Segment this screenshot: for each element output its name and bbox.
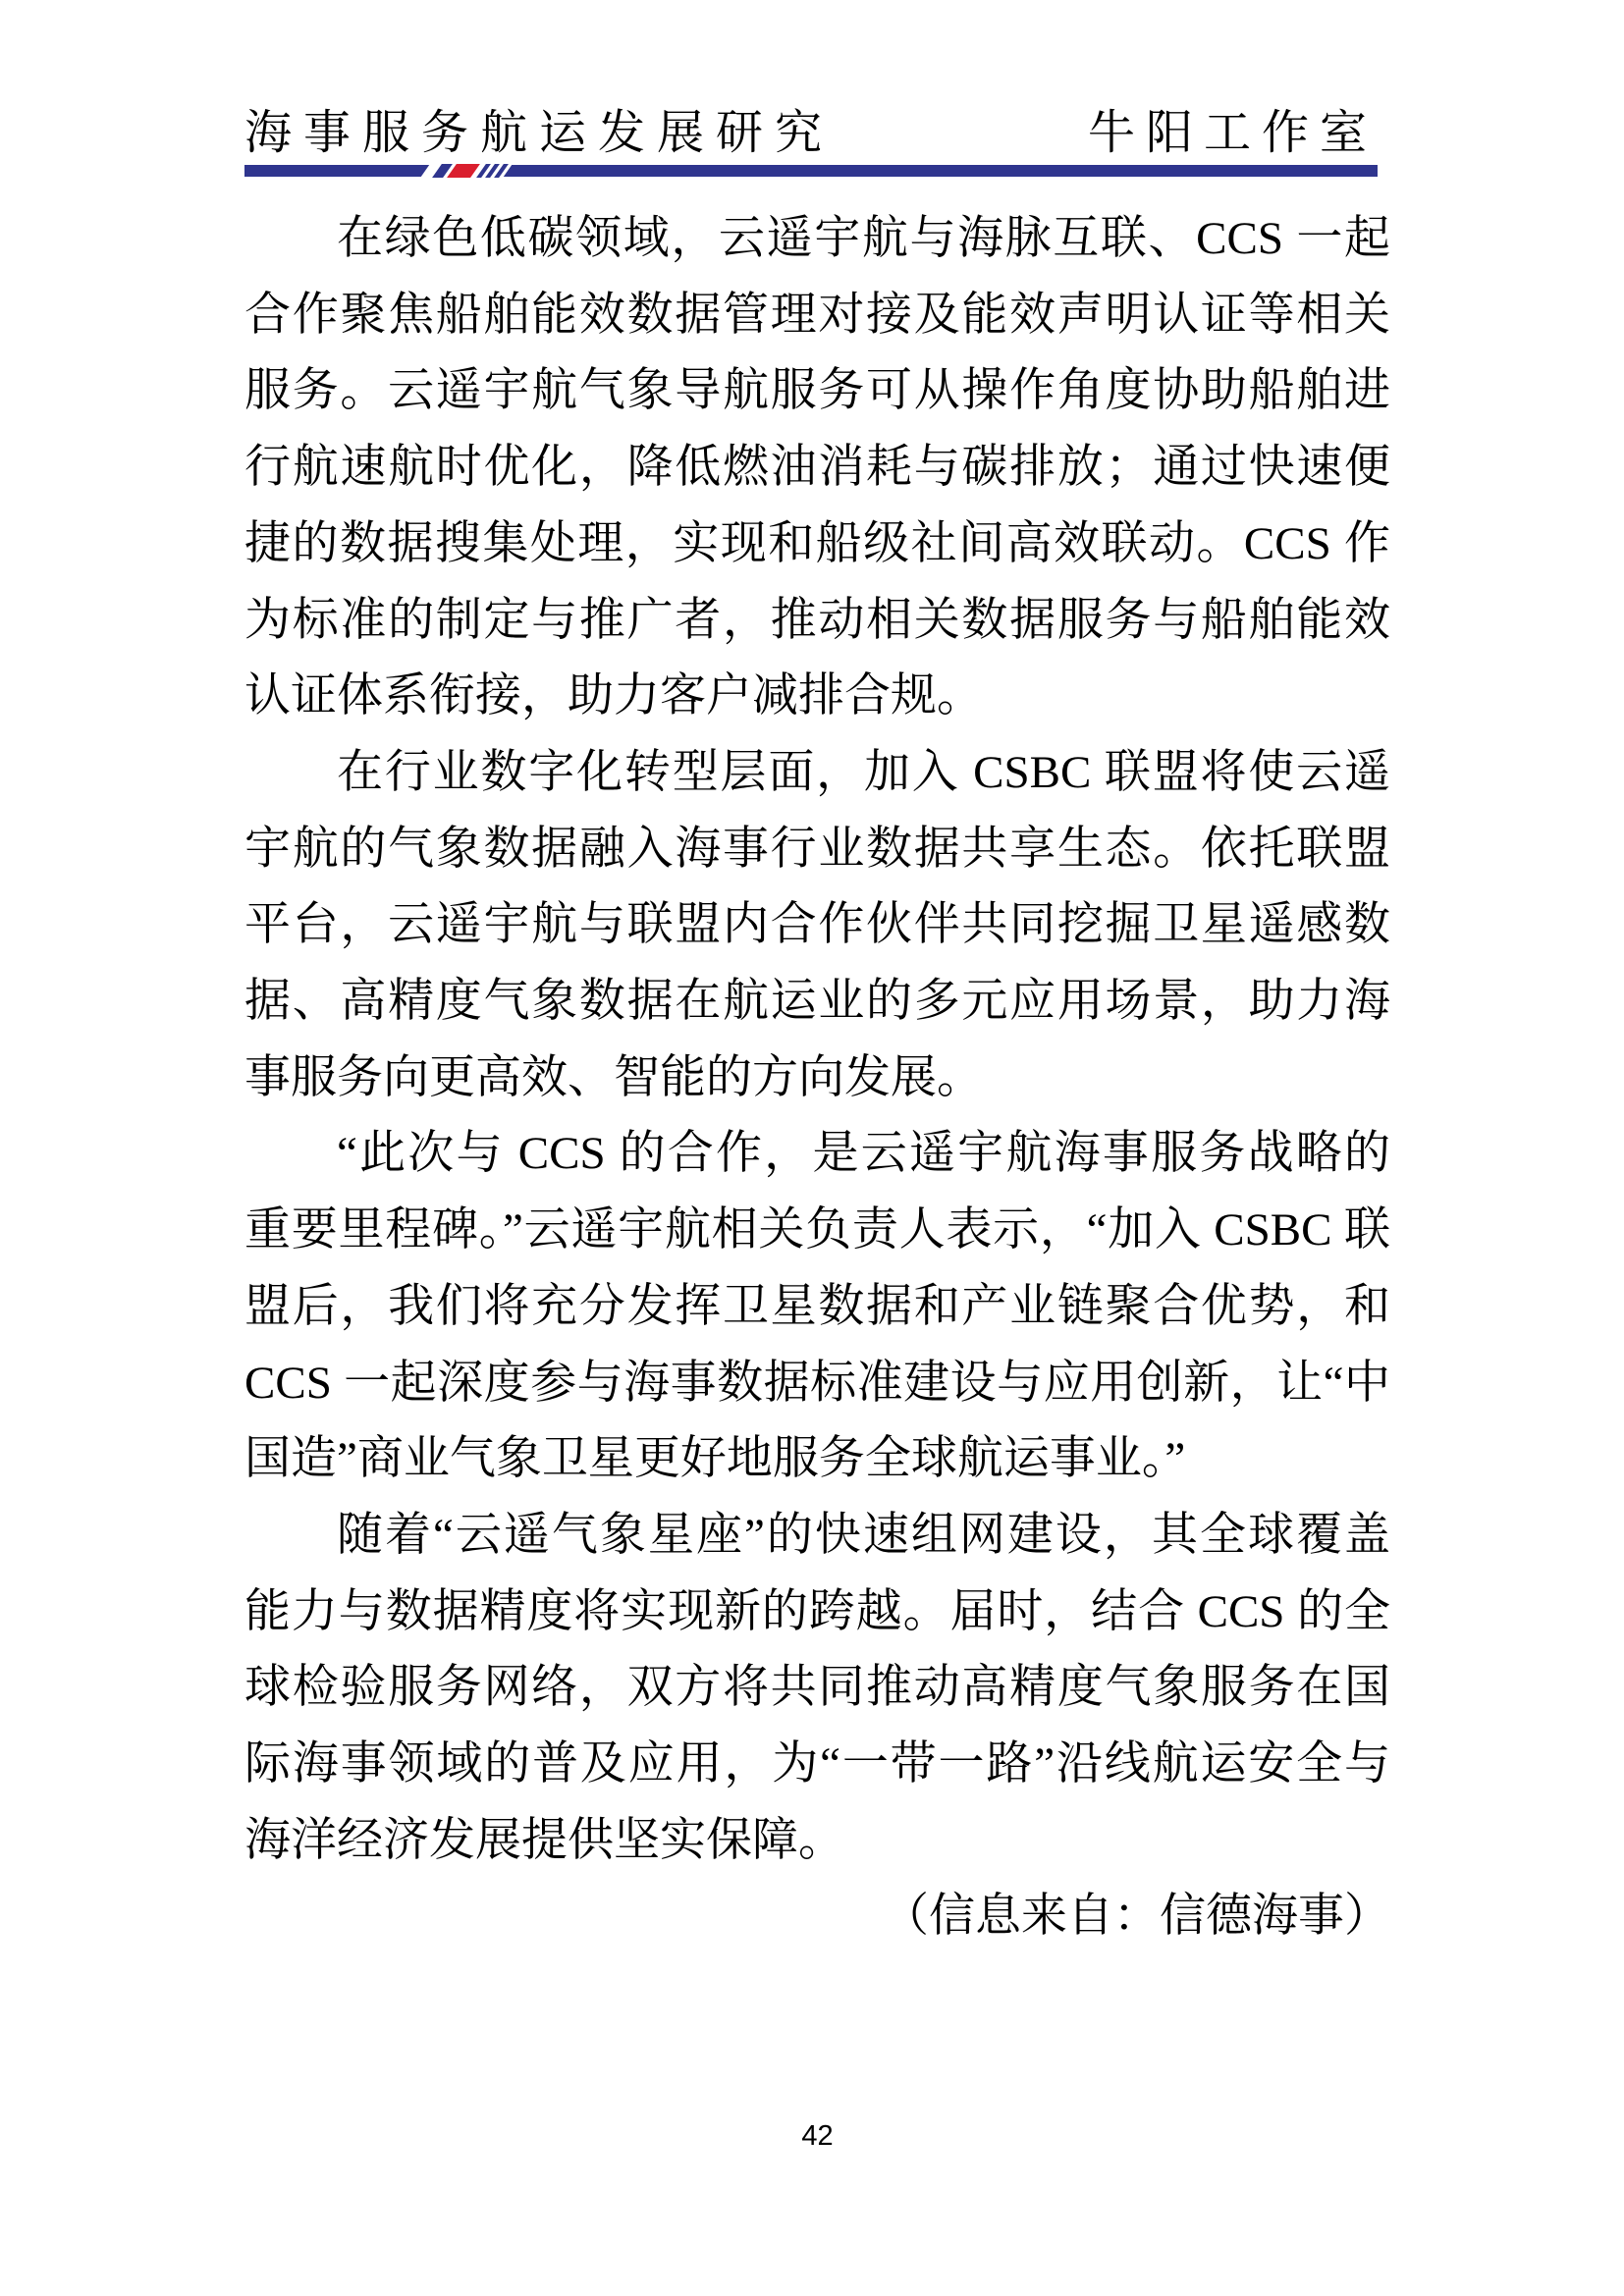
paragraph-digital-transformation: 在行业数字化转型层面，加入 CSBC 联盟将使云遥宇航的气象数据融入海事行业数据… xyxy=(244,735,1390,1117)
paragraph-constellation-outlook: 随着“云遥气象星座”的快速组网建设，其全球覆盖能力与数据精度将实现新的跨越。届时… xyxy=(244,1498,1390,1880)
page-number: 42 xyxy=(244,2120,1390,2153)
page-header: 海事服务航运发展研究 牛阳工作室 xyxy=(244,94,1378,162)
attribution-line: （信息来自：信德海事） xyxy=(244,1879,1390,1955)
paragraph-green-low-carbon: 在绿色低碳领域，云遥宇航与海脉互联、CCS 一起合作聚焦船舶能效数据管理对接及能… xyxy=(244,201,1390,735)
document-body: 在绿色低碳领域，云遥宇航与海脉互联、CCS 一起合作聚焦船舶能效数据管理对接及能… xyxy=(244,201,1390,1955)
document-page: 海事服务航运发展研究 牛阳工作室 在绿色低碳领域，云遥宇航与海脉互联、CCS 一… xyxy=(0,0,1624,2296)
header-studio: 牛阳工作室 xyxy=(1088,94,1378,162)
header-title: 海事服务航运发展研究 xyxy=(244,94,834,162)
paragraph-ccs-cooperation-quote: “此次与 CCS 的合作，是云遥宇航海事服务战略的重要里程碑。”云遥宇航相关负责… xyxy=(244,1116,1390,1498)
header-rule xyxy=(244,165,1378,177)
